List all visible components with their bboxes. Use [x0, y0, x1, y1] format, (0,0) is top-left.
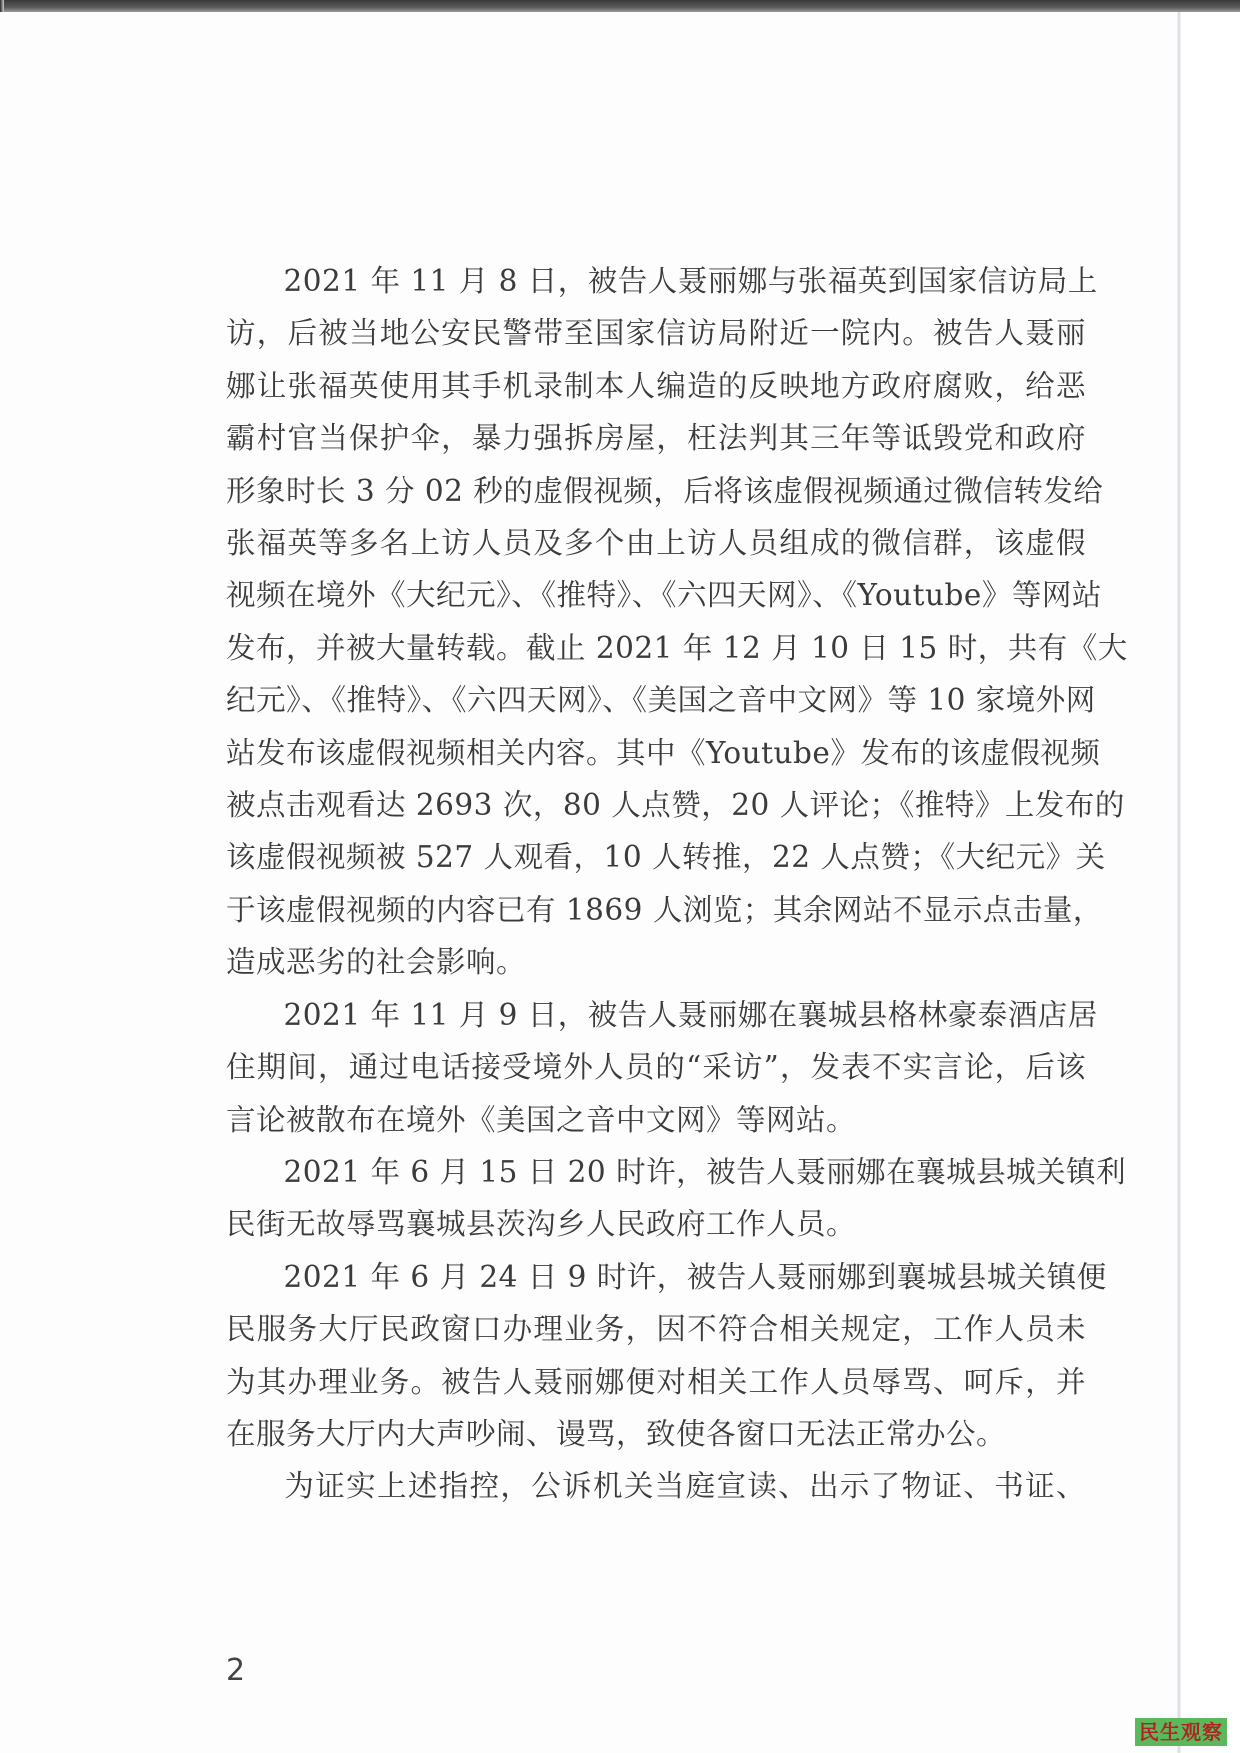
text-line: 2021 年 6 月 15 日 20 时许，被告人聂丽娜在襄城县城关镇利 [226, 1146, 1086, 1198]
text-line: 形象时长 3 分 02 秒的虚假视频，后将该虚假视频通过微信转发给 [226, 465, 1086, 517]
text-line: 被点击观看达 2693 次，80 人点赞，20 人评论；《推特》上发布的 [226, 779, 1086, 831]
text-line: 娜让张福英使用其手机录制本人编造的反映地方政府腐败，给恶 [226, 360, 1086, 412]
text-line: 视频在境外《大纪元》、《推特》、《六四天网》、《Youtube》等网站 [226, 569, 1086, 621]
text-line: 造成恶劣的社会影响。 [226, 936, 1086, 988]
paragraph-june24-incident: 2021 年 6 月 24 日 9 时许，被告人聂丽娜到襄城县城关镇便 民服务大… [226, 1251, 1086, 1461]
text-line-content: 为证实上述指控，公诉机关当庭宣读、出示了物证、书证、 [284, 1469, 1086, 1503]
text-line: 该虚假视频被 527 人观看，10 人转推，22 人点赞；《大纪元》关 [226, 831, 1086, 883]
text-line: 2021 年 6 月 24 日 9 时许，被告人聂丽娜到襄城县城关镇便 [226, 1251, 1086, 1303]
document-body: 2021 年 11 月 8 日，被告人聂丽娜与张福英到国家信访局上 访，后被当地… [226, 255, 1086, 1513]
text-line: 纪元》、《推特》、《六四天网》、《美国之音中文网》等 10 家境外网 [226, 674, 1086, 726]
paragraph-interview-incident: 2021 年 11 月 9 日，被告人聂丽娜在襄城县格林豪泰酒店居 住期间，通过… [226, 989, 1086, 1146]
text-line: 民服务大厅民政窗口办理业务，因不符合相关规定，工作人员未 [226, 1303, 1086, 1355]
text-line: 言论被散布在境外《美国之音中文网》等网站。 [226, 1094, 1086, 1146]
text-line: 在服务大厅内大声吵闹、谩骂，致使各窗口无法正常办公。 [226, 1408, 1086, 1460]
text-line: 住期间，通过电话接受境外人员的“采访”，发表不实言论，后该 [226, 1041, 1086, 1093]
text-line-content: 2021 年 6 月 15 日 20 时许，被告人聂丽娜在襄城县城关镇利 [284, 1155, 1127, 1189]
text-line: 为其办理业务。被告人聂丽娜便对相关工作人员辱骂、呵斥，并 [226, 1356, 1086, 1408]
text-line: 霸村官当保护伞，暴力强拆房屋，枉法判其三年等诋毁党和政府 [226, 412, 1086, 464]
text-line-content: 2021 年 6 月 24 日 9 时许，被告人聂丽娜到襄城县城关镇便 [284, 1260, 1107, 1294]
text-line: 发布，并被大量转载。截止 2021 年 12 月 10 日 15 时，共有《大 [226, 622, 1086, 674]
text-line-content: 2021 年 11 月 8 日，被告人聂丽娜与张福英到国家信访局上 [284, 264, 1098, 298]
page-number: 2 [226, 1653, 245, 1688]
paragraph-video-incident: 2021 年 11 月 8 日，被告人聂丽娜与张福英到国家信访局上 访，后被当地… [226, 255, 1086, 989]
text-line: 民街无故辱骂襄城县茨沟乡人民政府工作人员。 [226, 1198, 1086, 1250]
text-line: 访，后被当地公安民警带至国家信访局附近一院内。被告人聂丽 [226, 307, 1086, 359]
text-line: 张福英等多名上访人员及多个由上访人员组成的微信群，该虚假 [226, 517, 1086, 569]
text-line: 站发布该虚假视频相关内容。其中《Youtube》发布的该虚假视频 [226, 727, 1086, 779]
text-line: 2021 年 11 月 8 日，被告人聂丽娜与张福英到国家信访局上 [226, 255, 1086, 307]
watermark-badge: 民生观察 [1135, 1718, 1227, 1746]
scan-top-border [0, 0, 1240, 12]
text-line: 2021 年 11 月 9 日，被告人聂丽娜在襄城县格林豪泰酒店居 [226, 989, 1086, 1041]
text-line: 为证实上述指控，公诉机关当庭宣读、出示了物证、书证、 [226, 1460, 1086, 1512]
page-fold-line [1177, 12, 1181, 1753]
text-line: 于该虚假视频的内容已有 1869 人浏览；其余网站不显示点击量， [226, 884, 1086, 936]
paragraph-june15-incident: 2021 年 6 月 15 日 20 时许，被告人聂丽娜在襄城县城关镇利 民街无… [226, 1146, 1086, 1251]
text-line-content: 2021 年 11 月 9 日，被告人聂丽娜在襄城县格林豪泰酒店居 [284, 998, 1098, 1032]
paragraph-evidence-intro: 为证实上述指控，公诉机关当庭宣读、出示了物证、书证、 [226, 1460, 1086, 1512]
